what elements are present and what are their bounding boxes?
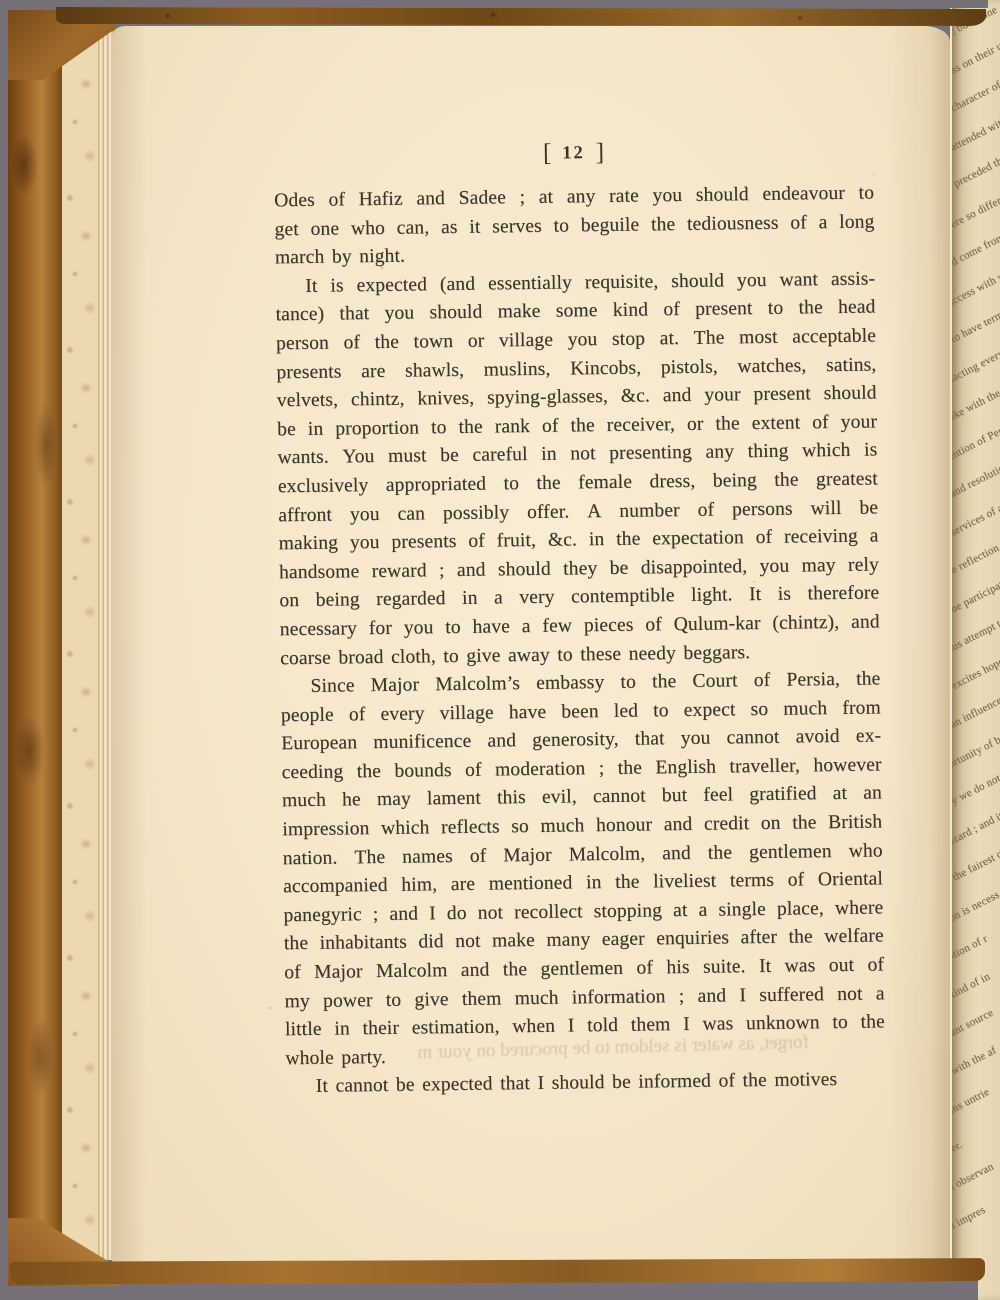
cover-top-edge [56,7,986,26]
book-page: [ 12 ] OdesofHafizandSadee;atanyrateyous… [112,26,950,1262]
photo-background: y ; but if oneress on their unid charact… [0,0,1000,1300]
page-content: [ 12 ] OdesofHafizandSadee;atanyrateyous… [104,21,958,1268]
gutter-margin [62,34,98,1256]
page-number: [ 12 ] [273,135,873,171]
facing-page-sliver: y ; but if oneress on their unid charact… [950,0,1000,1300]
page-number-bracket-left: [ [543,140,552,168]
background-patch-bottom [950,1281,978,1300]
page-number-bracket-right: ] [596,139,605,167]
background-patch-top [950,0,988,8]
book-spine-leather [8,12,62,1286]
cover-bottom-edge [10,1258,985,1285]
page-text: OdesofHafizandSadee;atanyrateyoushoulden… [274,179,886,1102]
page-number-value: 12 [562,143,585,164]
